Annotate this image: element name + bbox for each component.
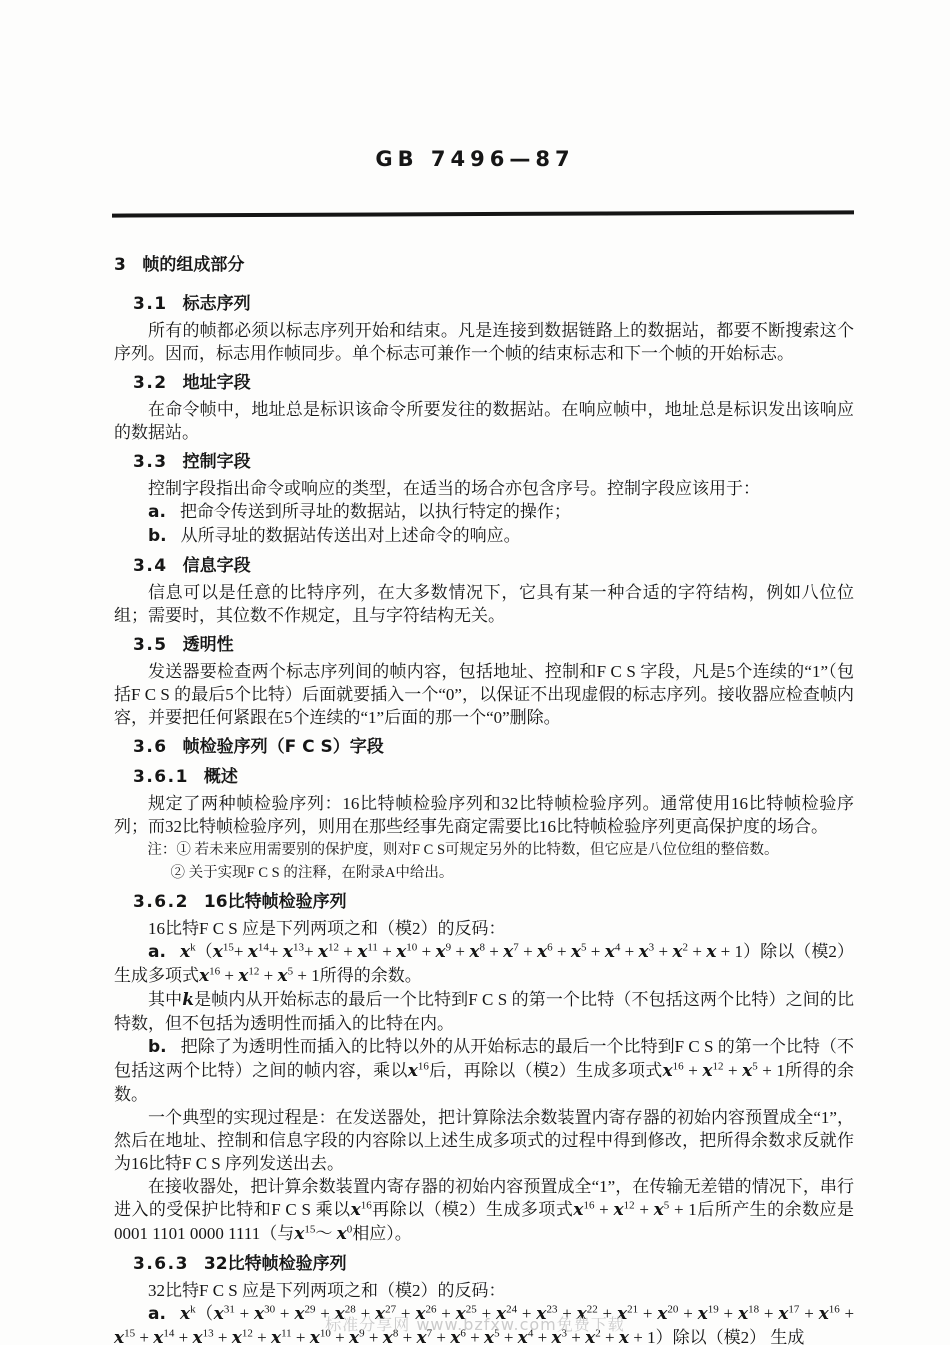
section-number: 3.6.2: [133, 892, 189, 912]
document-page: GB 7496—87 3帧的组成部分 3.1标志序列 所有的帧都必须以标志序列开…: [0, 0, 950, 1345]
paragraph: 信息可以是任意的比特序列，在大多数情况下，它具有某一种合适的字符结构，例如八位位…: [114, 581, 854, 627]
section-title: 帧检验序列（F C S）字段: [183, 737, 384, 757]
section-title: 32比特帧检验序列: [204, 1254, 347, 1274]
list-item-label: b.: [148, 1037, 167, 1057]
paragraph: 在命令帧中，地址总是标识该命令所要发往的数据站。在响应帧中，地址总是标识发出该响…: [114, 398, 854, 444]
watermark: 标准分享网 www.bzfxw.com免费下载: [0, 1312, 950, 1335]
list-item-b: b.从所寻址的数据站传送出对上述命令的响应。: [114, 524, 854, 548]
document-body: 3帧的组成部分 3.1标志序列 所有的帧都必须以标志序列开始和结束。凡是连接到数…: [114, 252, 854, 1345]
section-3-6-3-heading: 3.6.332比特帧检验序列: [133, 1253, 854, 1276]
section-3-5-heading: 3.5透明性: [133, 634, 854, 657]
section-number: 3.6: [133, 737, 168, 757]
section-number: 3.2: [133, 373, 168, 393]
section-title: 信息字段: [183, 556, 251, 576]
section-title: 16比特帧检验序列: [204, 892, 347, 912]
note-text: 若未来应用需要别的保护度，则对F C S可规定另外的比特数，但它应是八位位组的整…: [194, 842, 778, 858]
section-number: 3.5: [133, 635, 168, 655]
section-title: 帧的组成部分: [142, 255, 244, 275]
section-title: 标志序列: [183, 294, 251, 314]
note-label: ②: [171, 865, 186, 881]
list-item-label: a.: [148, 502, 166, 522]
paragraph: 在接收器处，把计算余数装置内寄存器的初始内容预置成全“1”，在传输无差错的情况下…: [114, 1175, 854, 1246]
list-item-text: 把命令传送到所寻址的数据站，以执行特定的操作；: [180, 502, 571, 521]
section-number: 3.6.1: [133, 767, 189, 787]
section-3-1-heading: 3.1标志序列: [133, 293, 854, 316]
paragraph: 发送器要检查两个标志序列间的帧内容，包括地址、控制和F C S 字段，凡是5个连…: [114, 660, 854, 729]
note-1: 注：① 若未来应用需要别的保护度，则对F C S可规定另外的比特数，但它应是八位…: [114, 839, 854, 861]
paragraph: 16比特F C S 应是下列两项之和（模2）的反码：: [114, 917, 854, 940]
section-number: 3.6.3: [133, 1254, 189, 1274]
paragraph: 其中k是帧内从开始标志的最后一个比特到F C S 的第一个比特（不包括这两个比特…: [114, 988, 854, 1035]
list-item-label: a.: [148, 942, 166, 962]
section-number: 3.1: [133, 294, 168, 314]
formula-text: xk（x15+ x14+ x13+ x12 + x11 + x10 + x9 +…: [114, 942, 854, 985]
formula-item-b: b.把除了为透明性而插入的比特以外的从开始标志的最后一个比特到F C S 的第一…: [114, 1035, 854, 1106]
section-3-3-heading: 3.3控制字段: [133, 451, 854, 474]
header-rule: [112, 210, 854, 217]
formula-item-a: a.xk（x15+ x14+ x13+ x12 + x11 + x10 + x9…: [114, 940, 854, 988]
section-title: 透明性: [183, 635, 234, 655]
section-title: 地址字段: [183, 373, 251, 393]
section-3-4-heading: 3.4信息字段: [133, 555, 854, 578]
section-3-6-heading: 3.6帧检验序列（F C S）字段: [133, 736, 854, 759]
section-title: 概述: [204, 767, 238, 787]
list-item-label: b.: [148, 526, 167, 546]
note-2: ② 关于实现F C S 的注释，在附录A中给出。: [114, 862, 854, 884]
paragraph: 所有的帧都必须以标志序列开始和结束。凡是连接到数据链路上的数据站，都要不断搜索这…: [114, 319, 854, 365]
formula-text: 把除了为透明性而插入的比特以外的从开始标志的最后一个比特到F C S 的第一个比…: [114, 1037, 854, 1104]
paragraph: 规定了两种帧检验序列：16比特帧检验序列和32比特帧检验序列。通常使用16比特帧…: [114, 792, 854, 838]
standard-code: GB 7496—87: [0, 147, 950, 171]
section-3-heading: 3帧的组成部分: [114, 254, 854, 277]
section-number: 3.3: [133, 452, 168, 472]
section-number: 3: [114, 255, 127, 275]
note-text: 关于实现F C S 的注释，在附录A中给出。: [189, 865, 454, 881]
section-3-6-2-heading: 3.6.216比特帧检验序列: [133, 891, 854, 914]
section-3-2-heading: 3.2地址字段: [133, 372, 854, 395]
section-3-6-1-heading: 3.6.1概述: [133, 766, 854, 789]
section-title: 控制字段: [183, 452, 251, 472]
section-number: 3.4: [133, 556, 168, 576]
note-label: 注：①: [147, 842, 191, 858]
paragraph: 控制字段指出命令或响应的类型，在适当的场合亦包含序号。控制字段应该用于：: [114, 477, 854, 500]
list-item-text: 从所寻址的数据站传送出对上述命令的响应。: [181, 526, 521, 545]
list-item-a: a.把命令传送到所寻址的数据站，以执行特定的操作；: [114, 500, 854, 524]
paragraph: 32比特F C S 应是下列两项之和（模2）的反码：: [114, 1279, 854, 1302]
paragraph: 一个典型的实现过程是：在发送器处，把计算除法余数装置内寄存器的初始内容预置成全“…: [114, 1106, 854, 1175]
